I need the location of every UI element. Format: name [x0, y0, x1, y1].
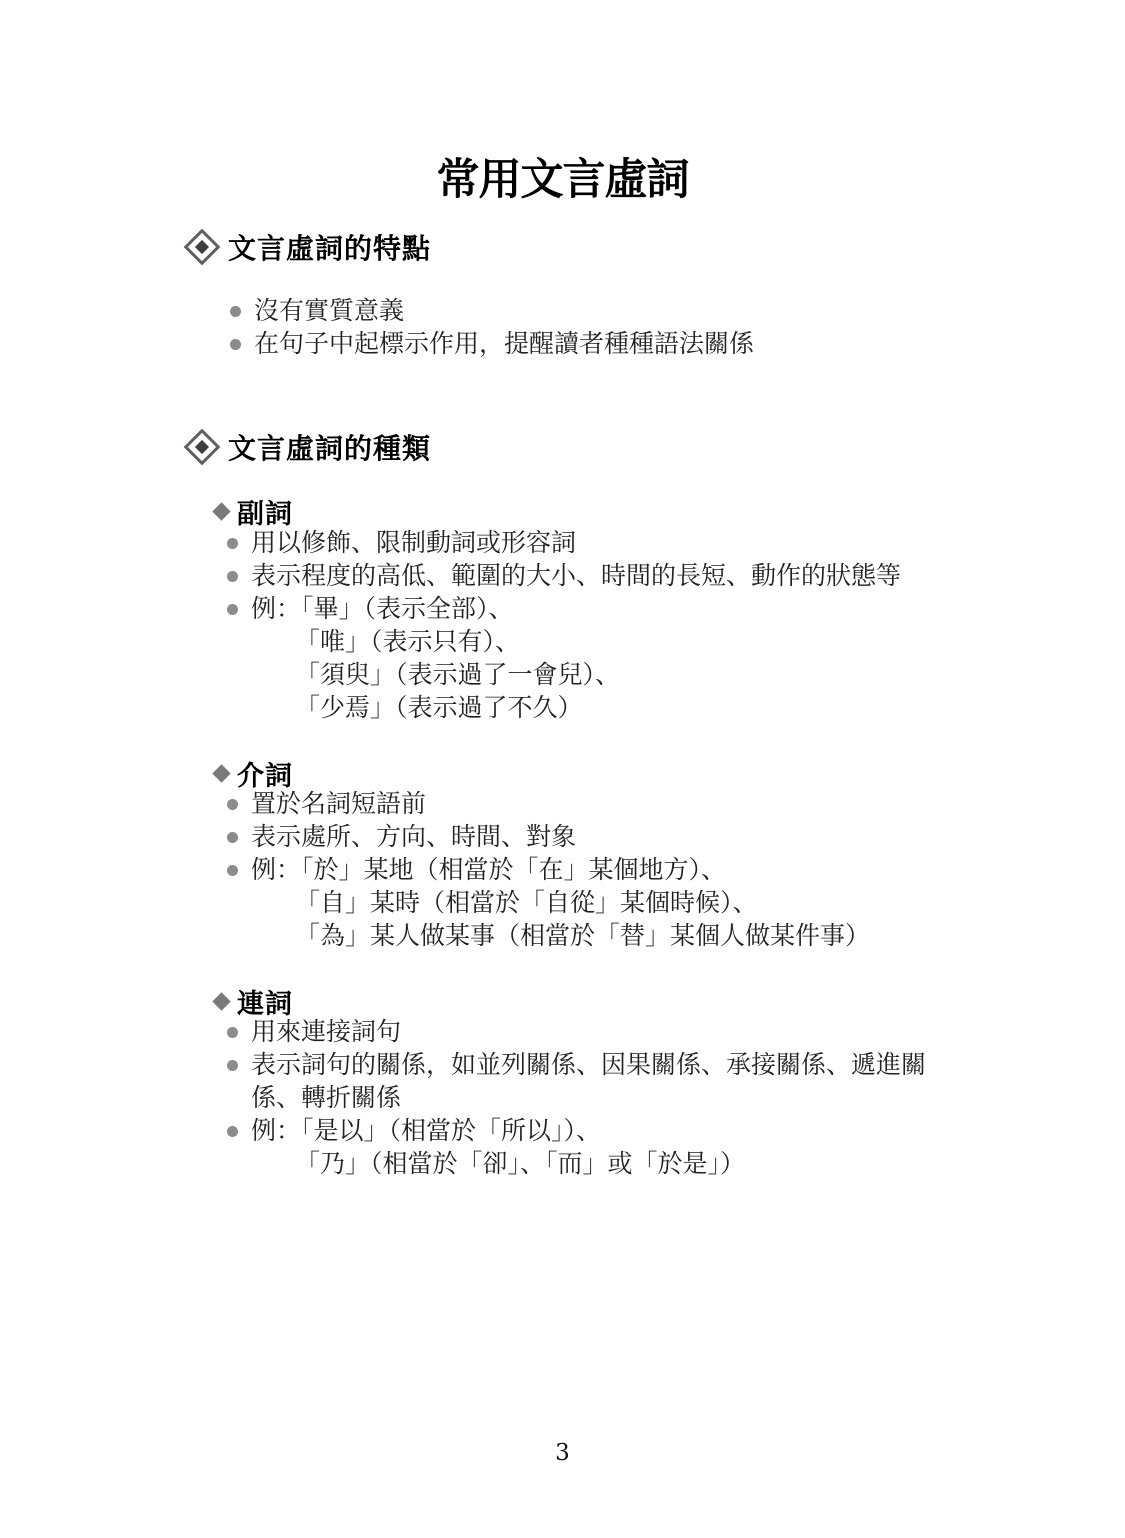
adverb-bullet-list: 用以修飾、限制動詞或形容詞 表示程度的高低、範圍的大小、時間的長短、動作的狀態等…: [227, 527, 901, 725]
section-heading-text: 文言虛詞的特點: [228, 227, 431, 267]
bullet-text: 在句子中起標示作用，提醒讀者種種語法關係: [254, 330, 754, 358]
bullet-text: 表示程度的高低、範圍的大小、時間的長短、動作的狀態等: [251, 562, 901, 590]
continuation-line: 「自」某時（相當於「自從」某個時候）、: [227, 887, 870, 920]
bullet-dot-icon: [227, 1126, 238, 1137]
bullet-dot-icon: [227, 571, 238, 582]
section-heading-features: 文言虛詞的特點: [189, 227, 431, 267]
page-number: 3: [0, 1440, 1125, 1466]
bullet-item: 用以修飾、限制動詞或形容詞: [227, 527, 901, 560]
bullet-dot-icon: [227, 604, 238, 615]
bullet-dot-icon: [227, 538, 238, 549]
continuation-line: 「唯」（表示只有）、: [227, 626, 901, 659]
continuation-line: 「為」某人做某事（相當於「替」某個人做某件事）: [227, 920, 870, 953]
bullet-dot-icon: [227, 1060, 238, 1071]
sub-diamond-icon: [212, 764, 230, 782]
bullet-text: 例：「是以」（相當於「所以」）、: [251, 1117, 601, 1145]
bullet-item: 用來連接詞句: [227, 1016, 941, 1049]
bullet-item: 置於名詞短語前: [227, 788, 870, 821]
subsection-heading-adverb: 副詞: [215, 492, 293, 531]
bullet-item: 例：「是以」（相當於「所以」）、: [227, 1115, 941, 1148]
bullet-item: 例：「畢」（表示全部）、: [227, 593, 901, 626]
sub-diamond-icon: [212, 502, 230, 520]
bullet-text: 表示處所、方向、時間、對象: [251, 823, 576, 851]
bullet-dot-icon: [227, 832, 238, 843]
bullet-item: 表示詞句的關係，如並列關係、因果關係、承接關係、遞進關係、轉折關係: [227, 1049, 941, 1115]
features-bullet-list: 沒有實質意義 在句子中起標示作用，提醒讀者種種語法關係: [230, 295, 754, 361]
sub-diamond-icon: [212, 992, 230, 1010]
continuation-line: 「須臾」（表示過了一會兒）、: [227, 659, 901, 692]
bullet-text: 沒有實質意義: [254, 297, 404, 325]
bullet-text: 表示詞句的關係，如並列關係、因果關係、承接關係、遞進關係、轉折關係: [251, 1051, 926, 1112]
document-page: 常用文言虛詞 文言虛詞的特點 沒有實質意義 在句子中起標示作用，提醒讀者種種語法…: [0, 0, 1125, 1538]
subsection-heading-text: 副詞: [237, 492, 293, 531]
bullet-item: 沒有實質意義: [230, 295, 754, 328]
bullet-item: 在句子中起標示作用，提醒讀者種種語法關係: [230, 328, 754, 361]
bullet-dot-icon: [227, 799, 238, 810]
continuation-line: 「少焉」（表示過了不久）: [227, 692, 901, 725]
bullet-item: 例：「於」某地（相當於「在」某個地方）、: [227, 854, 870, 887]
bullet-text: 用來連接詞句: [251, 1018, 401, 1046]
conjunction-bullet-list: 用來連接詞句 表示詞句的關係，如並列關係、因果關係、承接關係、遞進關係、轉折關係…: [227, 1016, 941, 1181]
bullet-dot-icon: [230, 339, 241, 350]
section-diamond-icon: [184, 229, 221, 266]
section-heading-types: 文言虛詞的種類: [189, 427, 431, 467]
bullet-text: 置於名詞短語前: [251, 790, 426, 818]
section-heading-text: 文言虛詞的種類: [228, 427, 431, 467]
bullet-text: 例：「畢」（表示全部）、: [251, 595, 514, 623]
bullet-dot-icon: [227, 1027, 238, 1038]
section-diamond-icon: [184, 429, 221, 466]
page-title: 常用文言虛詞: [0, 146, 1125, 207]
preposition-bullet-list: 置於名詞短語前 表示處所、方向、時間、對象 例：「於」某地（相當於「在」某個地方…: [227, 788, 870, 953]
bullet-item: 表示處所、方向、時間、對象: [227, 821, 870, 854]
bullet-text: 用以修飾、限制動詞或形容詞: [251, 529, 576, 557]
bullet-dot-icon: [230, 306, 241, 317]
bullet-text: 例：「於」某地（相當於「在」某個地方）、: [251, 856, 726, 884]
bullet-dot-icon: [227, 865, 238, 876]
continuation-line: 「乃」（相當於「卻」、「而」或「於是」）: [227, 1148, 941, 1181]
bullet-item: 表示程度的高低、範圍的大小、時間的長短、動作的狀態等: [227, 560, 901, 593]
